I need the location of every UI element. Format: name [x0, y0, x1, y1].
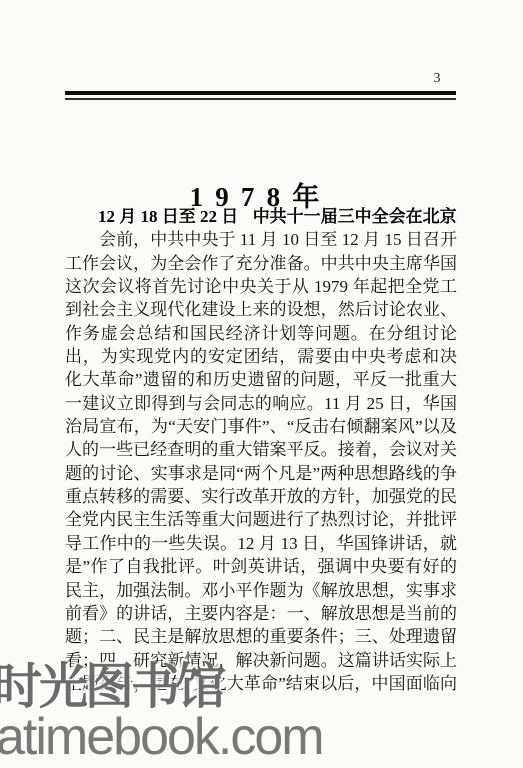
body-line: 人的一些已经查明的重大错案平反。接着，会议对关于真理标准问 [65, 438, 457, 461]
page-number: 3 [425, 71, 449, 87]
body-line: 到社会主义现代化建设上来的设想，然后讨论农业、国务院经济工 [65, 298, 457, 321]
body-line: 出，为实现党内的安定团结，需要由中央考虑和决定，解决一些“文 [65, 345, 457, 368]
body-line: 是”作了自我批评。叶剑英讲话，强调中央要有好的领导班子，发扬 [65, 555, 457, 578]
entry-date: 12 月 18 日至 22 日 [98, 207, 238, 226]
body-line: 工作会议，为全会作了充分准备。中共中央主席华国锋讲话，说明 [65, 252, 457, 275]
watermark-domain: atimebook.com [0, 707, 323, 767]
header-rule [65, 91, 456, 100]
body-line: 重点转移的需要、实行改革开放的方针，加强党的民主集中制、健 [65, 485, 457, 508]
body-line: 题；二、民主是解放思想的重要条件；三、处理遗留问题为的是向前 [65, 625, 457, 648]
entry-event: 中共十一届三中全会在北京举行。 [253, 207, 457, 226]
body-text: 12 月 18 日至 22 日中共十一届三中全会在北京举行。 会前，中共中央于 … [65, 205, 457, 695]
body-line: 前看》的讲话，主要内容是：一、解放思想是当前的一个重大政治问 [65, 602, 457, 625]
body-line: 会前，中共中央于 11 月 10 日至 12 月 15 日召开为期 36 天的 [65, 228, 457, 251]
body-line: 这次会议将首先讨论中央关于从 1979 年起把全党工作重点转移 [65, 275, 457, 298]
body-line: 民主，加强法制。邓小平作题为《解放思想，实事求是，团结一致向 [65, 579, 457, 602]
body-line: 全党内民主生活等重大问题进行了热烈讨论，并批评了中央在领 [65, 508, 457, 531]
entry-heading: 12 月 18 日至 22 日中共十一届三中全会在北京举行。 [65, 205, 457, 228]
body-line: 化大革命”遗留的和历史遗留的问题，平反一批重大冤假错案。这 [65, 368, 457, 391]
body-line: 治局宣布，为“天安门事件”、“反击右倾翻案风”以及涉及党的领导 [65, 415, 457, 438]
body-line: 作务虚会总结和国民经济计划等问题。在分组讨论中，陈云率先提 [65, 322, 457, 345]
body-line: 题的讨论、实事求是同“两个凡是”两种思想路线的争论，适应工作 [65, 462, 457, 485]
body-line: 一建议立即得到与会同志的响应。11 月 25 日，华国锋代表中央政 [65, 392, 457, 415]
book-page: 3 1978年 12 月 18 日至 22 日中共十一届三中全会在北京举行。 会… [0, 0, 523, 768]
body-line: 导工作中的一些失误。12 月 13 日，华国锋讲话，就提出“两个凡 [65, 532, 457, 555]
